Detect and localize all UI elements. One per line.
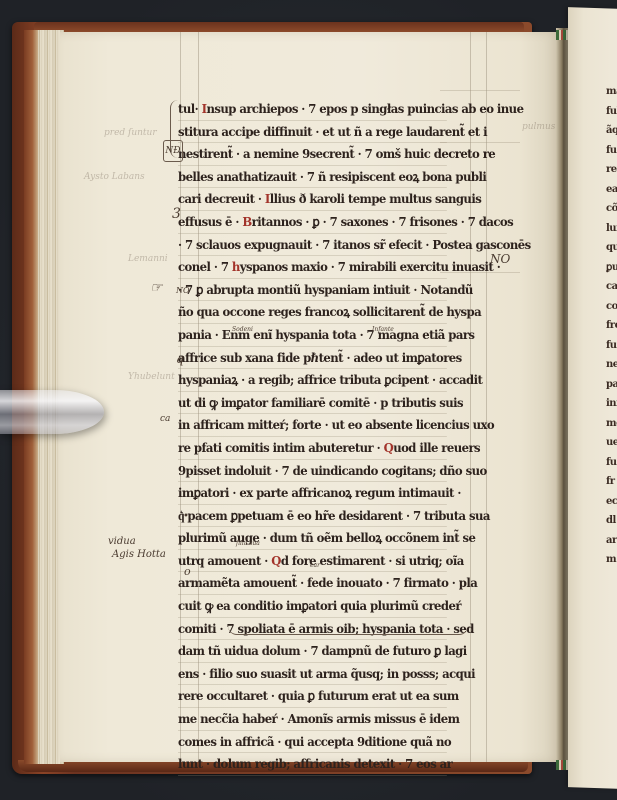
- recto-line: fub: [606, 102, 617, 122]
- recto-line: ini: [606, 394, 617, 414]
- main-text-block: tul· Insup archiepos · 7 epos p singłas …: [178, 98, 464, 776]
- recto-line: ue: [606, 433, 617, 453]
- manicule-icon: ☞: [150, 280, 163, 296]
- recto-line: fur: [606, 336, 617, 356]
- line-text: dam tñ uidua dolum · 7 dampnũ de futuro …: [178, 643, 467, 658]
- recto-line: fu: [606, 453, 617, 473]
- manuscript-line: comes in affricã · qui accepta 9ditione …: [178, 731, 447, 754]
- manuscript-line: re pfati comitis intim abuteretur · Quod…: [178, 437, 447, 460]
- manuscript-line: pania · Enm enĩ hyspania tota · 7 magna …: [178, 324, 447, 347]
- line-text: affrice sub xana fide pℏtent̃ · adeo ut …: [178, 350, 462, 365]
- margin-ink-note: Agis Hotta: [112, 549, 166, 560]
- line-text: Notandũ: [420, 282, 472, 297]
- recto-line: fre: [606, 316, 617, 336]
- rubricated-initial: Q: [384, 440, 394, 455]
- manuscript-line: tul· Insup archiepos · 7 epos p singłas …: [178, 98, 447, 121]
- line-text: q͛ pacem ꝑpetuam ē eo hr̃e desidarent · …: [178, 508, 490, 523]
- margin-ca: ca: [160, 414, 170, 424]
- recto-line: ar: [606, 531, 617, 551]
- manuscript-line: cari decreuit · Illius ð karoli tempe mu…: [178, 188, 447, 211]
- recto-line: fr: [606, 472, 617, 492]
- recto-line: ec: [606, 492, 617, 512]
- faint-margin-note: Lemanni: [128, 254, 168, 264]
- line-text: pania · Enm enĩ hyspania tota · 7 magna …: [178, 327, 474, 342]
- margin-ink-note: vidua: [108, 536, 136, 547]
- recto-line: ref: [606, 160, 617, 180]
- line-text: hyspaniaꝝ · a regib; affrice tributa ꝑci…: [178, 372, 482, 387]
- manuscript-line: · 7 sclauos expugnauit · 7 itanos sr̃ ef…: [178, 234, 447, 257]
- line-text: belles anathatizauit · 7 ñ resipiscent e…: [178, 169, 486, 184]
- line-text: ut di ꝙ imꝑator familiarē comitē · p tri…: [178, 395, 463, 410]
- faint-margin-note: Aysto Labans: [84, 172, 145, 182]
- margin-letter-o: o: [184, 565, 191, 578]
- margin-numeral: 3: [172, 206, 181, 222]
- manuscript-line: me necc̃ia habeŕ · Amonĩs armis missus ē…: [178, 708, 447, 731]
- manuscript-line: lunt · dolum regib; affricanis detexit ·…: [178, 753, 447, 776]
- line-text: ritannos · ꝑ · 7 saxones · 7 frisones · …: [252, 214, 513, 229]
- line-text: plurimũ auge · dum tñ oẽm belloꝝ occõnem…: [178, 530, 475, 545]
- ruling-line: [440, 90, 520, 91]
- line-text: yspanos maxio · 7 mirabili exercitu inua…: [240, 259, 500, 274]
- margin-dot: •: [183, 511, 189, 522]
- nota-hand-label: NO: [176, 286, 190, 295]
- recto-line: m: [606, 550, 617, 570]
- line-text: comes in affricã · qui accepta 9ditione …: [178, 734, 451, 749]
- recto-line: que: [606, 238, 617, 258]
- recto-line: com: [606, 297, 617, 317]
- recto-line: dl: [606, 511, 617, 531]
- line-text: armamẽta amouent̃ · fede inouato · 7 fir…: [178, 575, 477, 590]
- line-text: cuit ꝙ ea conditio imꝑatori quia plurimũ…: [178, 598, 461, 613]
- recto-line: ma: [606, 82, 617, 102]
- line-text: itanos sr̃ efecit · Postea gasconēs: [333, 237, 530, 252]
- interlinear-gloss: filia sua: [236, 540, 260, 547]
- recto-line: par: [606, 375, 617, 395]
- line-text: ño qua occone reges francoꝝ sollicitaren…: [178, 304, 481, 319]
- recto-line: lui: [606, 219, 617, 239]
- manuscript-line: affrice sub xana fide pℏtent̃ · adeo ut …: [178, 347, 447, 370]
- line-text: conel · 7: [178, 259, 232, 274]
- line-text: 9pisset indoluit · 7 de uindicando cogit…: [178, 463, 487, 478]
- manuscript-line: plurimũ auge · dum tñ oẽm belloꝝ occõnem…: [178, 527, 447, 550]
- manuscript-line: imꝑatori · ex parte affricanoꝝ regum int…: [178, 482, 447, 505]
- recto-line: ꝑu: [606, 258, 617, 278]
- manuscript-line: q͛ pacem ꝑpetuam ē eo hr̃e desidarent · …: [178, 505, 447, 528]
- recto-line: eau: [606, 180, 617, 200]
- line-text: nsup archiepos · 7 epos p singłas puinci…: [206, 101, 523, 116]
- manuscript-line: in affricam mitteŕ; forte · ut eo absent…: [178, 414, 447, 437]
- line-text: effusus ē ·: [178, 214, 242, 229]
- line-text: tul·: [178, 101, 202, 116]
- rubricated-initial: h: [232, 259, 240, 274]
- faint-margin-note: pred ſuntur: [104, 128, 157, 138]
- line-text: lunt · dolum regib; affricanis detexit ·…: [178, 756, 452, 771]
- binding-top-edge: [34, 22, 524, 32]
- manuscript-line: effusus ē · Britannos · ꝑ · 7 saxones · …: [178, 211, 447, 234]
- manuscript-line: nestirent̃ · a nemine 9secrent̃ · 7 omš …: [178, 143, 447, 166]
- line-text: · 7 sclauos expugnauit · 7: [178, 237, 333, 252]
- rubricated-initial: B: [242, 214, 251, 229]
- line-text: utrq amouent ·: [178, 553, 271, 568]
- line-text: in affricam mitteŕ; forte · ut eo absent…: [178, 417, 494, 432]
- faint-margin-note: Yhubelunt: [128, 372, 175, 382]
- manuscript-line: 9pisset indoluit · 7 de uindicando cogit…: [178, 460, 447, 483]
- line-text: me necc̃ia habeŕ ·: [178, 711, 288, 726]
- rubricated-initial: Q: [271, 553, 281, 568]
- glass-page-weight: [0, 390, 104, 434]
- line-text: ens · filio suo suasit ut arma q̃usq; in…: [178, 666, 475, 681]
- recto-line: me: [606, 414, 617, 434]
- manuscript-line: cuit ꝙ ea conditio imꝑatori quia plurimũ…: [178, 595, 447, 618]
- line-text: · 7 ꝑ abrupta montiũ hyspaniam intiuit ·: [178, 282, 420, 297]
- interlinear-gloss: Infante: [372, 326, 394, 333]
- line-text: cari decreuit ·: [178, 191, 265, 206]
- recto-text-edge: ma fub ãq fuo ref eau cõe lui que ꝑu cap…: [606, 82, 617, 570]
- interlinear-gloss: Sodeni: [232, 326, 253, 333]
- interlinear-gloss: ear: [310, 562, 320, 569]
- faint-margin-note: pulmus: [522, 122, 555, 132]
- line-text: stitura accipe diffinuit · et ut ñ a reg…: [178, 124, 487, 139]
- recto-line: ãq: [606, 121, 617, 141]
- manuscript-line: ens · filio suo suasit ut arma q̃usq; in…: [178, 663, 447, 686]
- line-text: nestirent̃ · a nemine 9secrent̃ · 7 omš …: [178, 146, 495, 161]
- line-text: uod ille reuers: [393, 440, 480, 455]
- nota-bene-box: NĐ: [163, 140, 183, 162]
- manuscript-line: belles anathatizauit · 7 ñ resipiscent e…: [178, 166, 447, 189]
- line-text: imꝑatori · ex parte affricanoꝝ regum int…: [178, 485, 461, 500]
- margin-nota-right: NO: [490, 252, 510, 266]
- line-text: rere occultaret · quia ꝑ futurum erat ut…: [178, 688, 459, 703]
- recto-line: ne: [606, 355, 617, 375]
- recto-line: cap: [606, 277, 617, 297]
- manuscript-line: hyspaniaꝝ · a regib; affrice tributa ꝑci…: [178, 369, 447, 392]
- manuscript-line: ut di ꝙ imꝑator familiarē comitē · p tri…: [178, 392, 447, 415]
- manuscript-line: · 7 ꝑ abrupta montiũ hyspaniam intiuit ·…: [178, 279, 447, 302]
- line-text: llius ð karoli tempe multus sanguis: [270, 191, 481, 206]
- recto-line: fuo: [606, 141, 617, 161]
- underline-swash: [228, 626, 468, 635]
- manuscript-line: conel · 7 hyspanos maxio · 7 mirabili ex…: [178, 256, 447, 279]
- line-text: Amonĩs armis missus ē idem: [288, 711, 460, 726]
- manuscript-line: dam tñ uidua dolum · 7 dampnũ de futuro …: [178, 640, 447, 663]
- manuscript-line: stitura accipe diffinuit · et ut ñ a reg…: [178, 121, 447, 144]
- margin-letter-q: q: [176, 352, 184, 366]
- manuscript-line: armamẽta amouent̃ · fede inouato · 7 fir…: [178, 572, 447, 595]
- manuscript-line: ño qua occone reges francoꝝ sollicitaren…: [178, 301, 447, 324]
- manuscript-line: rere occultaret · quia ꝑ futurum erat ut…: [178, 685, 447, 708]
- line-text: d fore estimarent · si utriq; oĩa: [281, 553, 464, 568]
- line-text: re pfati comitis intim abuteretur ·: [178, 440, 384, 455]
- recto-line: cõe: [606, 199, 617, 219]
